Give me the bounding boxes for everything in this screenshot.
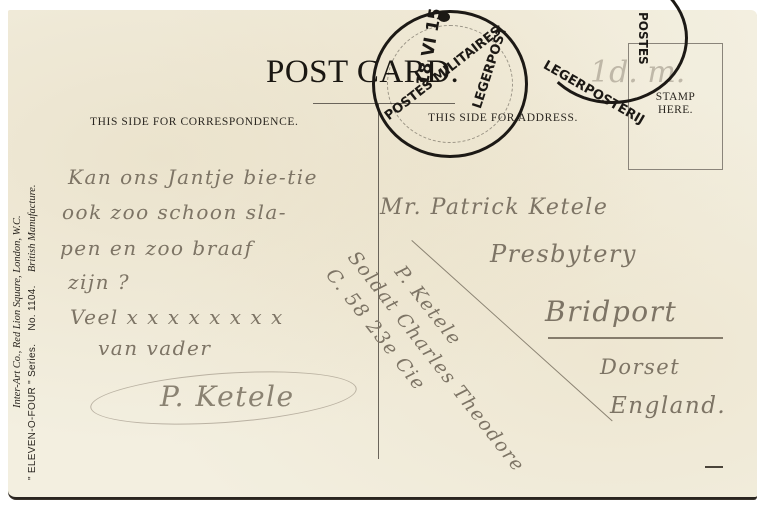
message-line: van vader bbox=[98, 336, 211, 360]
message-line: Kan ons Jantje bie-tie bbox=[68, 165, 318, 189]
signature: P. Ketele bbox=[160, 380, 295, 413]
message-line: pen en zoo braaf bbox=[60, 236, 254, 260]
message-line: zijn ? bbox=[68, 270, 130, 294]
publisher-imprint: Inter-Art Co., Red Lion Square, London, … bbox=[10, 184, 40, 480]
ink-mark bbox=[705, 466, 723, 468]
message-line: ook zoo schoon sla- bbox=[62, 200, 287, 224]
postmark-text: POSTES bbox=[636, 12, 650, 65]
publisher-series: " ELEVEN-O-FOUR " Series. bbox=[27, 344, 38, 480]
publisher-manufacture: British Manufacture. bbox=[27, 184, 38, 272]
address-line: Presbytery bbox=[490, 240, 637, 268]
address-line: England. bbox=[610, 393, 726, 419]
correspondence-label: THIS SIDE FOR CORRESPONDENCE. bbox=[90, 116, 298, 128]
address-line: Dorset bbox=[600, 355, 680, 379]
address-line: Bridport bbox=[545, 295, 677, 328]
publisher-address: Inter-Art Co., Red Lion Square, London, … bbox=[12, 215, 23, 408]
message-line: Veel x x x x x x x x bbox=[70, 305, 284, 329]
address-line: Mr. Patrick Ketele bbox=[380, 195, 608, 220]
address-underline bbox=[548, 337, 723, 339]
publisher-number: No. 1104. bbox=[27, 285, 38, 330]
